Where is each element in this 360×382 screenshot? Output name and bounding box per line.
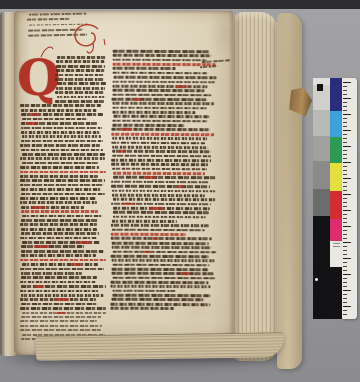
text-line xyxy=(111,181,209,184)
grayscale-swatch xyxy=(313,216,330,319)
text-line xyxy=(112,128,210,131)
text-line xyxy=(112,119,207,122)
text-line xyxy=(21,210,98,213)
text-line xyxy=(20,144,100,147)
text-line xyxy=(112,159,212,162)
text-line xyxy=(112,154,211,157)
text-line xyxy=(112,58,206,61)
text-line xyxy=(21,276,97,279)
text-line xyxy=(112,146,208,149)
text-line xyxy=(112,220,176,223)
text-line xyxy=(21,285,106,288)
text-line xyxy=(21,122,97,125)
rubric-highlight xyxy=(150,207,164,210)
text-line xyxy=(20,268,104,271)
text-line xyxy=(113,89,205,92)
text-line xyxy=(113,67,176,70)
text-line xyxy=(22,162,98,165)
rubric-highlight xyxy=(175,85,186,88)
text-line xyxy=(21,193,106,196)
text-line xyxy=(111,246,211,249)
text-line xyxy=(112,272,214,275)
ruler-tick-marks-long xyxy=(343,82,351,315)
text-line xyxy=(29,13,87,16)
text-line xyxy=(112,194,205,197)
text-line xyxy=(20,320,98,322)
text-line xyxy=(112,133,215,136)
book-fore-edge xyxy=(233,12,278,361)
color-swatch xyxy=(330,78,342,111)
text-line xyxy=(21,131,101,134)
text-line xyxy=(56,87,105,90)
text-line xyxy=(111,268,208,271)
text-line xyxy=(112,167,207,170)
text-line xyxy=(20,197,96,200)
manuscript-page: Q xyxy=(14,11,233,355)
red-paraph-mark xyxy=(66,19,110,61)
book-bottom-edge xyxy=(36,332,284,360)
text-line xyxy=(112,124,184,127)
text-line xyxy=(111,285,211,288)
color-swatch xyxy=(330,137,342,163)
rubric-highlight xyxy=(152,237,158,240)
text-line xyxy=(111,228,204,231)
color-swatch xyxy=(330,163,342,191)
text-line xyxy=(111,307,175,310)
text-line xyxy=(111,255,209,258)
text-line xyxy=(20,237,97,240)
text-line xyxy=(112,242,209,245)
text-line xyxy=(20,223,97,226)
text-column-left xyxy=(21,56,107,344)
grayscale-swatch xyxy=(313,161,330,189)
text-line xyxy=(57,82,106,85)
text-line xyxy=(20,179,104,182)
text-line xyxy=(113,102,215,105)
text-line xyxy=(111,237,212,240)
text-line xyxy=(113,54,212,57)
registration-mark-black xyxy=(317,84,323,91)
backdrop-top-band xyxy=(0,0,360,9)
rubric-highlight xyxy=(77,241,92,244)
text-line xyxy=(112,294,211,297)
rubric-highlight xyxy=(56,312,66,314)
text-line xyxy=(21,206,84,209)
text-line xyxy=(20,281,96,284)
text-line xyxy=(56,69,105,72)
text-line xyxy=(57,56,106,59)
text-line xyxy=(112,289,175,292)
text-line xyxy=(113,106,207,109)
text-line xyxy=(21,127,103,130)
registration-mark-white xyxy=(315,278,318,281)
color-calibration-target xyxy=(313,78,357,319)
text-line xyxy=(200,65,218,68)
rubric-highlight xyxy=(181,272,190,275)
text-line xyxy=(55,100,104,103)
grayscale-swatch xyxy=(313,110,330,136)
text-line xyxy=(112,211,208,214)
photograph-stage: Q xyxy=(0,0,360,382)
text-line xyxy=(112,150,211,153)
rubric-highlight xyxy=(144,176,156,179)
book-cover-edge xyxy=(277,13,302,369)
text-line xyxy=(21,272,82,275)
text-line xyxy=(113,72,208,75)
text-line xyxy=(111,303,210,306)
text-line xyxy=(20,290,98,293)
text-line xyxy=(111,202,211,205)
text-line xyxy=(112,137,207,140)
text-line xyxy=(20,184,104,187)
text-line xyxy=(21,232,99,235)
text-line xyxy=(111,281,209,284)
text-line xyxy=(21,294,104,297)
text-line xyxy=(111,298,203,301)
text-line xyxy=(21,228,97,231)
rubric-highlight xyxy=(178,185,184,188)
color-patch-strip xyxy=(330,78,342,319)
rubric-highlight xyxy=(29,113,39,116)
text-line xyxy=(55,74,104,77)
text-line xyxy=(113,176,216,179)
text-line xyxy=(21,250,104,253)
text-line xyxy=(112,215,205,218)
rubric-highlight xyxy=(32,206,45,209)
color-swatch xyxy=(330,111,342,137)
rubric-highlight xyxy=(143,250,151,253)
text-line xyxy=(56,60,105,63)
text-line xyxy=(21,254,97,257)
text-line xyxy=(112,263,210,266)
text-line xyxy=(111,163,208,166)
text-line xyxy=(113,50,210,53)
text-line xyxy=(112,276,216,279)
text-line xyxy=(22,153,105,156)
grayscale-strip xyxy=(313,78,330,319)
color-swatch xyxy=(330,191,342,219)
rubric-highlight xyxy=(34,285,44,288)
text-line xyxy=(20,329,102,331)
text-line xyxy=(21,316,101,318)
text-line xyxy=(22,135,102,138)
text-line xyxy=(20,166,99,169)
text-line xyxy=(20,259,106,262)
text-line xyxy=(112,198,215,201)
text-line xyxy=(21,245,84,248)
text-line xyxy=(21,113,103,116)
text-line xyxy=(21,303,98,306)
text-line xyxy=(21,219,98,222)
text-line xyxy=(21,188,102,191)
text-line xyxy=(113,207,211,210)
text-line xyxy=(113,76,216,79)
measurement-ruler xyxy=(342,78,357,319)
text-line xyxy=(111,233,186,236)
text-line xyxy=(20,201,97,204)
color-swatch xyxy=(330,267,342,319)
text-line xyxy=(21,140,103,143)
text-column-right xyxy=(111,50,216,314)
text-line xyxy=(20,104,101,107)
text-line xyxy=(57,96,106,99)
rubric-highlight xyxy=(26,122,39,125)
text-line xyxy=(111,259,214,262)
text-line xyxy=(27,18,70,20)
text-line xyxy=(112,141,206,144)
rubric-highlight xyxy=(118,150,125,153)
text-line xyxy=(22,263,98,266)
text-line xyxy=(113,115,209,118)
grayscale-swatch xyxy=(313,136,330,161)
text-line xyxy=(112,189,216,192)
color-swatch xyxy=(330,219,342,241)
rubric-highlight xyxy=(133,98,141,101)
text-line xyxy=(22,118,89,121)
rubric-highlight xyxy=(55,298,70,301)
text-line xyxy=(112,111,196,114)
text-line xyxy=(55,78,104,81)
text-line xyxy=(20,325,102,327)
micro-label-mark xyxy=(333,243,340,244)
text-line xyxy=(21,109,98,112)
text-line xyxy=(21,312,106,314)
grayscale-swatch xyxy=(313,189,330,216)
manuscript-book: Q xyxy=(0,9,316,373)
text-line xyxy=(112,80,215,83)
text-line xyxy=(112,98,206,101)
text-line xyxy=(20,298,96,301)
rubric-highlight xyxy=(121,202,135,205)
text-line xyxy=(113,172,206,175)
text-line xyxy=(56,65,105,68)
text-line xyxy=(22,241,101,244)
text-line xyxy=(20,157,105,160)
rubric-highlight xyxy=(121,128,132,131)
text-line xyxy=(111,224,209,227)
text-line xyxy=(22,215,103,218)
text-line xyxy=(21,149,103,152)
rubric-highlight xyxy=(71,263,81,266)
text-line xyxy=(112,85,208,88)
text-line xyxy=(112,250,216,253)
text-line xyxy=(112,93,211,96)
text-line xyxy=(20,175,98,178)
text-line xyxy=(20,171,106,174)
text-line xyxy=(55,91,104,94)
text-line xyxy=(20,307,106,310)
rubric-highlight xyxy=(34,245,49,248)
micro-label-mark xyxy=(333,246,340,247)
text-line xyxy=(111,185,209,188)
color-swatch xyxy=(330,241,342,267)
